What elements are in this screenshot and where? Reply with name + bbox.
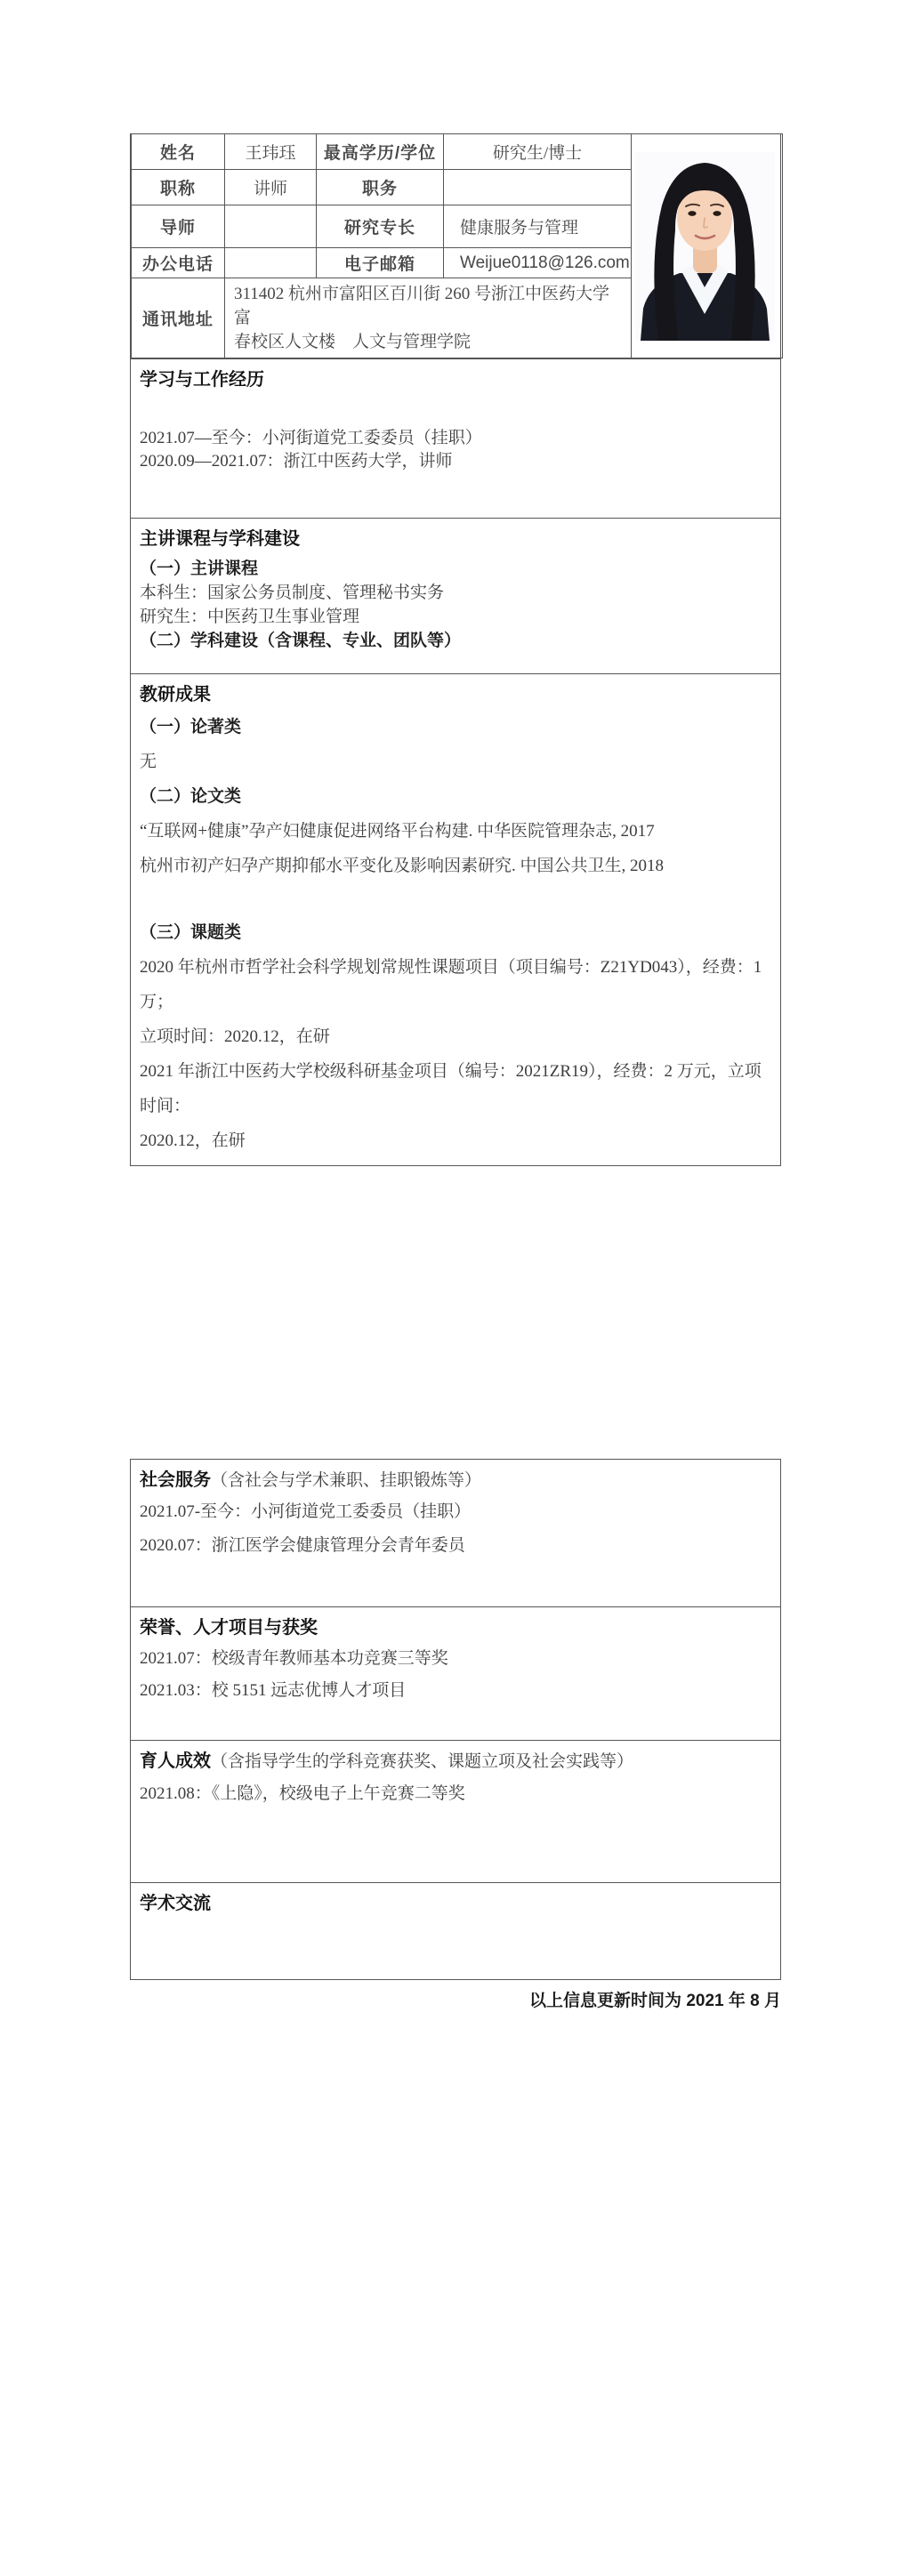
resume-page: 姓名 王玮珏 最高学历/学位 研究生/博士 <box>130 0 781 2011</box>
degree-label: 最高学历/学位 <box>317 134 444 170</box>
project-line: 2021 年浙江中医药大学校级科研基金项目（编号：2021ZR19），经费：2 … <box>140 1054 762 1158</box>
section-line: 2021.07-至今：小河街道党工委委员（挂职） <box>140 1495 762 1529</box>
section-academic-exchange: 学术交流 <box>131 1882 780 1979</box>
section-subheading: （二）论文类 <box>140 779 762 814</box>
section-title: 学习与工作经历 <box>140 370 264 390</box>
section-title: 主讲课程与学科建设 <box>140 529 300 549</box>
project-line: 2020 年杭州市哲学社会科学规划常规性课题项目（项目编号：Z21YD043），… <box>140 950 762 1054</box>
publication-line: 杭州市初产妇孕产期抑郁水平变化及影响因素研究. 中国公共卫生, 2018 <box>140 849 762 883</box>
section-title: 荣誉、人才项目与获奖 <box>140 1618 318 1638</box>
section-subheading: （三）课题类 <box>140 915 762 950</box>
section-line: 2020.07：浙江医学会健康管理分会青年委员 <box>140 1529 762 1563</box>
email-label: 电子邮箱 <box>317 248 444 278</box>
section-line: 2021.03：校 5151 远志优博人才项目 <box>140 1675 762 1707</box>
section-line: 2021.07—至今：小河街道党工委委员（挂职） <box>140 427 762 450</box>
section-student-outcomes: 育人成效（含指导学生的学科竞赛获奖、课题立项及社会实践等） 2021.08：《上… <box>131 1740 780 1882</box>
resume-main-block: 姓名 王玮珏 最高学历/学位 研究生/博士 <box>130 133 781 1166</box>
section-courses: 主讲课程与学科建设 （一）主讲课程 本科生：国家公务员制度、管理秘书实务 研究生… <box>131 518 780 673</box>
section-title: 教研成果 <box>140 685 211 704</box>
section-title-note: （含社会与学术兼职、挂职锻炼等） <box>211 1471 481 1490</box>
name-label: 姓名 <box>132 134 225 170</box>
prof-title-value: 讲师 <box>225 170 317 205</box>
section-line: 2021.08：《上隐》，校级电子上午竞赛二等奖 <box>140 1776 762 1812</box>
section-honors: 荣誉、人才项目与获奖 2021.07：校级青年教师基本功竞赛三等奖 2021.0… <box>131 1606 780 1740</box>
address-label: 通讯地址 <box>132 278 225 358</box>
resume-secondary-block: 社会服务（含社会与学术兼职、挂职锻炼等） 2021.07-至今：小河街道党工委委… <box>130 1459 781 1980</box>
section-line: 2020.09—2021.07：浙江中医药大学，讲师 <box>140 450 762 473</box>
publication-line: “互联网+健康”孕产妇健康促进网络平台构建. 中华医院管理杂志, 2017 <box>140 814 762 849</box>
prof-title-label: 职称 <box>132 170 225 205</box>
duty-value <box>444 170 632 205</box>
duty-label: 职务 <box>317 170 444 205</box>
section-subheading: （一）论著类 <box>140 710 762 745</box>
section-subheading: （一）主讲课程 <box>140 557 762 581</box>
address-value: 311402 杭州市富阳区百川街 260 号浙江中医药大学富 春校区人文楼 人文… <box>225 278 632 358</box>
profile-table: 姓名 王玮珏 最高学历/学位 研究生/博士 <box>131 133 783 358</box>
portrait-photo-illustration <box>635 152 775 341</box>
specialty-label: 研究专长 <box>317 205 444 248</box>
section-line: 研究生：中医药卫生事业管理 <box>140 605 762 629</box>
section-experience: 学习与工作经历 2021.07—至今：小河街道党工委委员（挂职） 2020.09… <box>131 358 780 518</box>
section-title: 学术交流 <box>140 1894 211 1913</box>
office-phone-value <box>225 248 317 278</box>
section-title: 社会服务 <box>140 1470 211 1490</box>
section-research: 教研成果 （一）论著类 无 （二）论文类 “互联网+健康”孕产妇健康促进网络平台… <box>131 673 780 1165</box>
section-social-service: 社会服务（含社会与学术兼职、挂职锻炼等） 2021.07-至今：小河街道党工委委… <box>131 1460 780 1606</box>
section-line: 无 <box>140 745 762 779</box>
section-line: 本科生：国家公务员制度、管理秘书实务 <box>140 581 762 605</box>
section-title-note: （含指导学生的学科竞赛获奖、课题立项及社会实践等） <box>211 1752 633 1771</box>
degree-value: 研究生/博士 <box>444 134 632 170</box>
mentor-label: 导师 <box>132 205 225 248</box>
email-value: Weijue0118@126.com <box>444 248 632 278</box>
update-time-note: 以上信息更新时间为 2021 年 8 月 <box>130 1987 781 2011</box>
mentor-value <box>225 205 317 248</box>
specialty-value: 健康服务与管理 <box>444 205 632 248</box>
name-value: 王玮珏 <box>225 134 317 170</box>
section-line: 2021.07：校级青年教师基本功竞赛三等奖 <box>140 1643 762 1675</box>
section-subheading: （二）学科建设（含课程、专业、团队等） <box>140 629 762 653</box>
section-title: 育人成效 <box>140 1751 211 1771</box>
office-phone-label: 办公电话 <box>132 248 225 278</box>
portrait-photo <box>632 134 783 358</box>
